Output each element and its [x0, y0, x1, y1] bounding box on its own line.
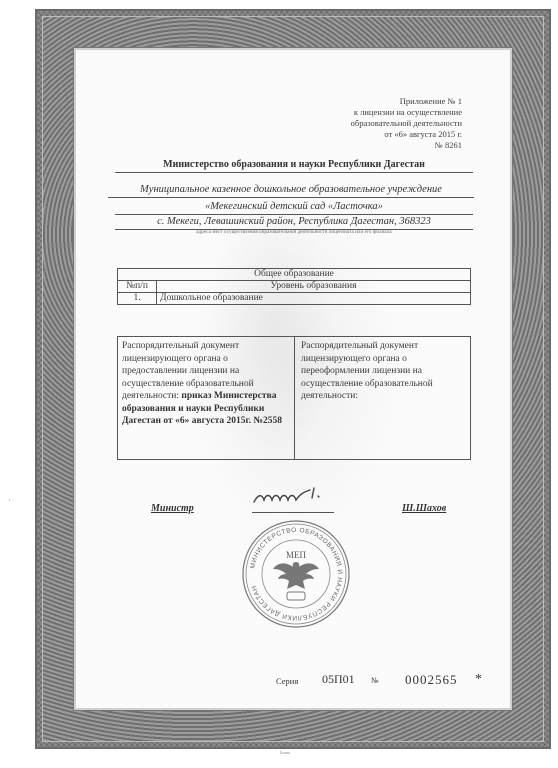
address-caption: адреса мест осуществления образовательно…	[115, 230, 473, 235]
appendix-to-license: к лицензии на осуществление	[351, 107, 462, 118]
signatory-role: Министр	[151, 503, 194, 514]
table-row: 1. Дошкольное образование	[118, 293, 471, 305]
organization-address: с. Мекеги, Левашинский район, Республика…	[115, 214, 473, 230]
appendix-number: Приложение № 1	[351, 96, 462, 107]
series-label: Серия	[276, 676, 298, 686]
administrative-documents-box: Распорядительный документ лицензирующего…	[117, 336, 471, 460]
eagle-emblem-icon	[273, 562, 319, 600]
footer-caption: Бланк	[280, 750, 290, 755]
education-level: Дошкольное образование	[157, 293, 471, 305]
asterisk-icon: *	[475, 672, 482, 688]
license-number: № 8261	[351, 140, 462, 151]
number-label: №	[371, 676, 379, 685]
organization-type: Муниципальное казенное дошкольное образо…	[108, 182, 474, 198]
appendix-activity: образовательной деятельности	[351, 118, 462, 129]
reissue-document-text: Распорядительный документ лицензирующего…	[301, 341, 433, 401]
seal-center-text: МЕП	[286, 550, 307, 560]
education-levels-table: Общее образование №п/п Уровень образован…	[117, 268, 471, 305]
official-seal: МИНИСТЕРСТВО ОБРАЗОВАНИЯ И НАУКИ РЕСПУБЛ…	[240, 518, 352, 630]
table-title-row: Общее образование	[118, 269, 471, 281]
appendix-date: от «6» августа 2015 г.	[351, 129, 462, 140]
series-value: 05П01	[322, 672, 355, 687]
table-title: Общее образование	[118, 269, 471, 281]
issuing-authority: Министерство образования и науки Республ…	[115, 158, 473, 173]
signature-line	[252, 512, 334, 513]
appendix-header: Приложение № 1 к лицензии на осуществлен…	[351, 96, 462, 151]
row-number: 1.	[118, 293, 157, 305]
organization-name: «Мекегинский детский сад «Ласточка»	[115, 199, 473, 215]
margin-mark: ᶦ	[9, 497, 10, 505]
form-number: 0002565	[405, 672, 458, 688]
grant-document-cell: Распорядительный документ лицензирующего…	[118, 337, 294, 459]
reissue-document-cell: Распорядительный документ лицензирующего…	[294, 337, 470, 459]
table-header-row: №п/п Уровень образования	[118, 281, 471, 293]
column-header-number: №п/п	[118, 281, 157, 293]
signatory-name: Ш.Шахов	[402, 503, 446, 514]
column-header-level: Уровень образования	[157, 281, 471, 293]
handwritten-signature	[248, 484, 338, 508]
